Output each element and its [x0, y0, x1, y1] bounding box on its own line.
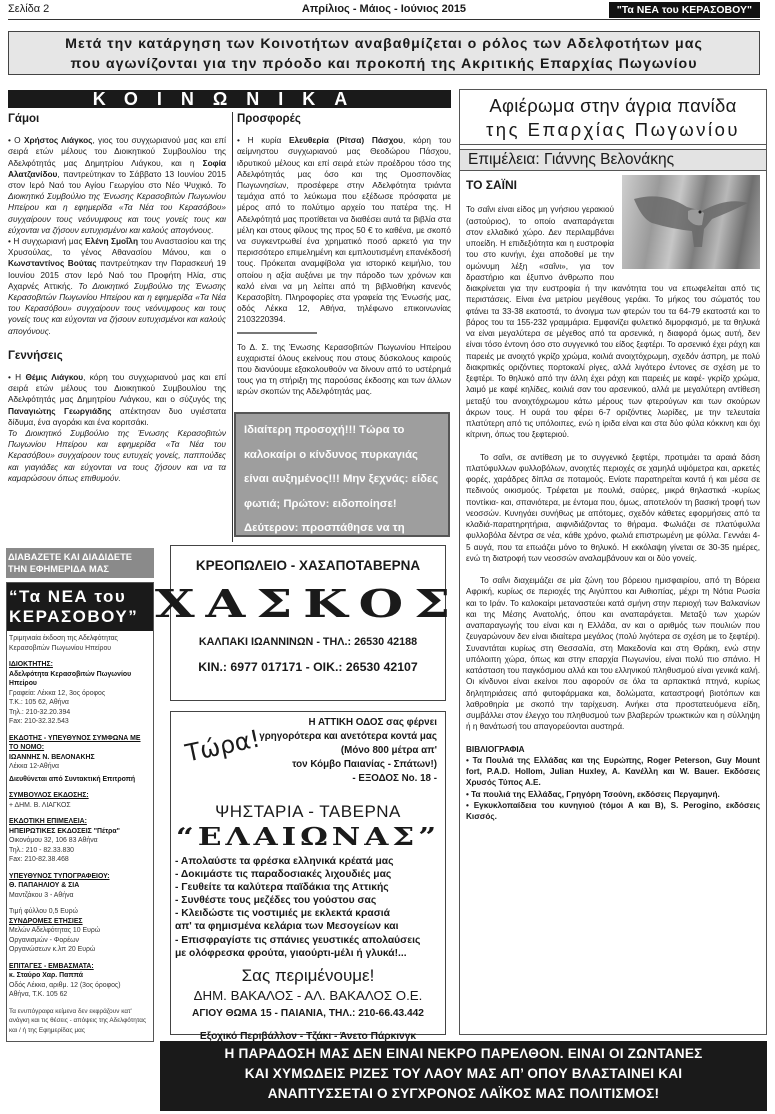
births-heading: Γεννήσεις [8, 351, 226, 362]
hawk-image-icon [632, 189, 750, 249]
feature-paragraph: Το σαΐνι, σε αντίθεση με το συγγενικό ξε… [466, 452, 760, 565]
donations-heading: Προσφορές [237, 114, 451, 125]
ad-road-info: Η ΑΤΤΙΚΗ ΟΔΟΣ σας φέρνει γρηγορότερα και… [259, 716, 437, 786]
donation-item: • Η κυρία Ελευθερία (Ρίτσα) Πάσχου, κόρη… [237, 135, 451, 325]
ad-now-stamp: Τώρα! [183, 724, 263, 767]
footer-motto: Η ΠΑΡΑΔΟΣΗ ΜΑΣ ΔΕΝ ΕΙΝΑΙ ΝΕΚΡΟ ΠΑΡΕΛΘΟΝ.… [160, 1041, 767, 1111]
wedding-item: • Ο Χρήστος Λιάγκος, γιος του συγχωριανο… [8, 135, 226, 236]
feature-editor: Επιμέλεια: Γιάννης Βελονάκης [460, 149, 766, 171]
bibliography-heading: ΒΙΒΛΙΟΓΡΑΦΙΑ [466, 744, 760, 755]
ad-butcher-chaskos: ΚΡΕΟΠΩΛΕΙΟ - ΧΑΣΑΠΟΤΑΒΕΡΝΑ ΧΑΣΚΟΣ ΚΑΛΠΑΚ… [170, 545, 446, 701]
thanks-note: Το Δ. Σ. της Ένωσης Κερασοβιτών Πωγωνίου… [237, 342, 451, 398]
feature-body: ΤΟ ΣΑΪΝΙ Το σαΐνι είναι είδος μη γνήσιου… [460, 171, 766, 822]
wedding-item: • Η συγχωριανή μας Ελένη Σμοΐλη του Ανασ… [8, 236, 226, 337]
read-and-share-box: ΔΙΑΒΑΖΕΤΕ ΚΑΙ ΔΙΑΔΙΔΕΤΕ ΤΗΝ ΕΦΗΜΕΡΙΔΑ ΜΑ… [6, 548, 154, 578]
headline-banner: Μετά την κατάργηση των Κοινοτήτων αναβαθ… [8, 31, 760, 75]
birth-item: • Η Θέμις Λιάγκου, κόρη του συγχωριανού … [8, 372, 226, 428]
birth-congrats: Το Διοικητικό Συμβούλιο της Ένωσης Κερασ… [8, 428, 226, 484]
headline-line-1: Μετά την κατάργηση των Κοινοτήτων αναβαθ… [9, 34, 759, 54]
section-title-social: ΚΟΙΝΩΝΙΚΑ [8, 90, 451, 108]
ad-logo: “ΕΛΑΙΩΝΑΣ” [130, 822, 486, 851]
masthead-box: “Τα ΝΕΑ του ΚΕΡΑΣΟΒΟΥ” Τριμηνιαία έκδοση… [6, 582, 154, 1042]
page-header: Σελίδα 2 Απρίλιος - Μάιος - Ιούνιος 2015… [8, 0, 760, 20]
ad-logo: ΧΑΣΚΟΣ [123, 581, 493, 626]
headline-line-2: που αγωνίζονται για την πρόοδο και προκο… [9, 54, 759, 74]
bibliography-item: • Εγκυκλοπαίδεια του κυνηγιού (τόμοι Α κ… [466, 800, 760, 823]
feature-paragraph: Το σαΐνι διαχειμάζει σε μία ζώνη του βόρ… [466, 575, 760, 733]
ad-offer-list: - Απολαύστε τα φρέσκα ελληνικά κρέατά μα… [175, 855, 441, 960]
bird-photo [622, 175, 760, 269]
feature-title: Αφιέρωμα στην άγρια πανίδα της Επαρχίας … [460, 90, 766, 145]
divider [237, 332, 317, 334]
bibliography-item: • Τα Πουλιά της Ελλάδας και της Ευρώπης,… [466, 755, 760, 789]
bibliography-item: • Τα πουλιά της Ελλάδας, Γρηγόρη Τσούνη,… [466, 789, 760, 800]
fire-warning-box: Ιδιαίτερη προσοχή!!! Τώρα το καλοκαίρι ο… [234, 412, 450, 537]
social-left-column: Γάμοι • Ο Χρήστος Λιάγκος, γιος του συγχ… [8, 112, 226, 484]
ad-taverna-elaionas: Τώρα! Η ΑΤΤΙΚΗ ΟΔΟΣ σας φέρνει γρηγορότε… [170, 711, 446, 1035]
wildlife-feature: Αφιέρωμα στην άγρια πανίδα της Επαρχίας … [459, 89, 767, 1035]
paper-name-badge: "Τα ΝΕΑ του ΚΕΡΑΣΟΒΟΥ" [609, 2, 760, 18]
disclaimer: Τα ενυπόγραφα κείμενα δεν εκφράζουν κατ'… [9, 1007, 151, 1036]
weddings-heading: Γάμοι [8, 114, 226, 125]
